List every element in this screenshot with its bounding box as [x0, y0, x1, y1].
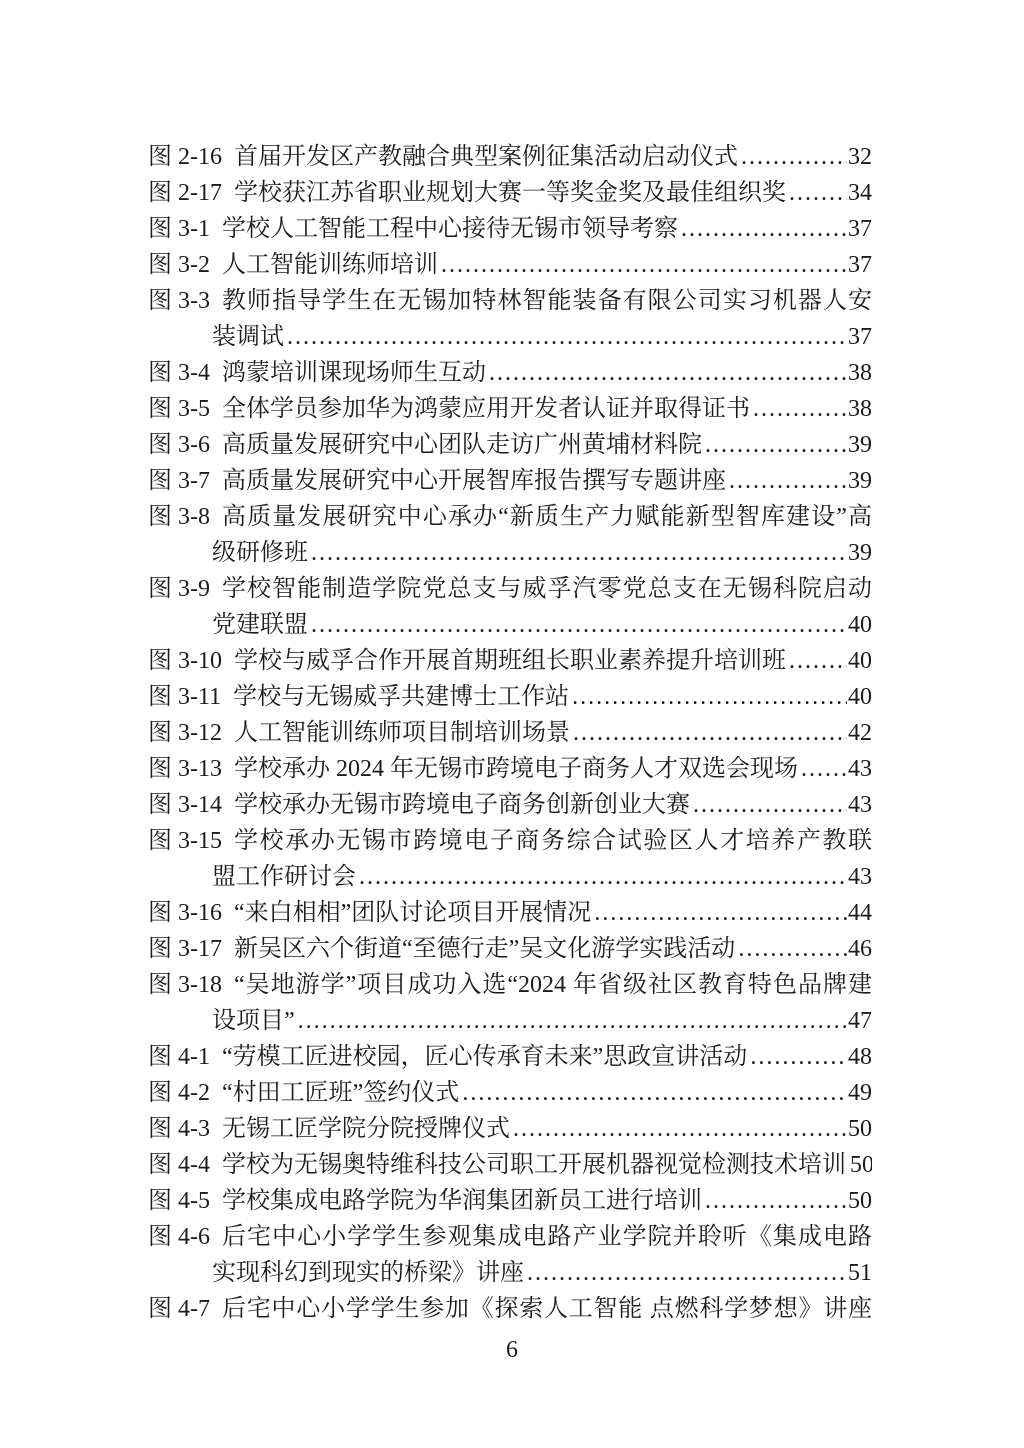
figure-title: 全体学员参加华为鸿蒙应用开发者认证并取得证书 — [222, 391, 750, 427]
dot-leader — [801, 751, 847, 787]
page-number: 40 — [848, 607, 872, 643]
figure-label: 图 4-7 — [148, 1291, 210, 1327]
figure-label: 图 4-6 — [148, 1219, 210, 1255]
toc-entry-line: 图 3-4鸿蒙培训课现场师生互动38 — [148, 355, 872, 391]
page-number: 43 — [848, 751, 872, 787]
page-number: 42 — [848, 715, 872, 751]
toc-entry-line: 图 3-10学校与威孚合作开展首期班组长职业素养提升培训班40 — [148, 643, 872, 679]
figure-label: 图 3-16 — [148, 895, 222, 931]
page-number: 39 — [848, 535, 872, 571]
figure-title: 学校智能制造学院党总支与威孚汽零党总支在无锡科院启动 — [222, 571, 872, 607]
toc-entry-line: 图 3-1学校人工智能工程中心接待无锡市领导考察37 — [148, 211, 872, 247]
toc-entry-line: 图 3-15学校承办无锡市跨境电子商务综合试验区人才培养产教联 — [148, 823, 872, 859]
figure-label: 图 3-17 — [148, 931, 222, 967]
figure-title: 学校获江苏省职业规划大赛一等奖金奖及最佳组织奖 — [234, 175, 786, 211]
page-number: 43 — [848, 787, 872, 823]
toc-entry-line: 图 3-6高质量发展研究中心团队走访广州黄埔材料院39 — [148, 427, 872, 463]
figure-title: 高质量发展研究中心承办“新质生产力赋能新型智库建设”高 — [222, 499, 872, 535]
figure-title: “村田工匠班”签约仪式 — [222, 1075, 459, 1111]
figure-title: 高质量发展研究中心开展智库报告撰写专题讲座 — [222, 463, 726, 499]
page-number: 32 — [848, 139, 872, 175]
figure-title: 装调试 — [212, 319, 284, 355]
toc-entry-line: 图 3-16“来白相相”团队讨论项目开展情况44 — [148, 895, 872, 931]
figure-title: 无锡工匠学院分院授牌仪式 — [222, 1111, 510, 1147]
figure-label: 图 3-3 — [148, 283, 210, 319]
toc-entry-line: 图 4-4学校为无锡奥特维科技公司职工开展机器视觉检测技术培训50 — [148, 1147, 872, 1183]
figure-label: 图 3-14 — [148, 787, 222, 823]
figure-label: 图 3-1 — [148, 211, 210, 247]
figure-title: 设项目” — [212, 1003, 295, 1039]
dot-leader — [311, 607, 847, 643]
figure-title: 学校与威孚合作开展首期班组长职业素养提升培训班 — [234, 643, 786, 679]
dot-leader — [741, 139, 847, 175]
toc-entry-line: 图 4-6后宅中心小学学生参观集成电路产业学院并聆听《集成电路 — [148, 1219, 872, 1255]
dot-leader — [527, 1255, 847, 1291]
dot-leader — [705, 1183, 847, 1219]
figure-label: 图 3-12 — [148, 715, 222, 751]
toc-entry-line: 设项目”47 — [148, 1003, 872, 1039]
toc-entry-line: 图 3-17新吴区六个街道“至德行走”吴文化游学实践活动46 — [148, 931, 872, 967]
toc-entry-line: 图 3-2人工智能训练师培训37 — [148, 247, 872, 283]
dot-leader — [462, 1075, 847, 1111]
page-number: 40 — [848, 679, 872, 715]
page-number: 37 — [848, 211, 872, 247]
figure-label: 图 4-2 — [148, 1075, 210, 1111]
figure-title: 后宅中心小学学生参加《探索人工智能 点燃科学梦想》讲座 — [222, 1291, 872, 1327]
dot-leader — [729, 463, 847, 499]
page-number: 48 — [848, 1039, 872, 1075]
toc-entry-line: 图 3-5全体学员参加华为鸿蒙应用开发者认证并取得证书38 — [148, 391, 872, 427]
figure-title: 学校集成电路学院为华润集团新员工进行培训 — [222, 1183, 702, 1219]
page-number: 44 — [848, 895, 872, 931]
dot-leader — [287, 319, 847, 355]
page-number: 39 — [848, 463, 872, 499]
figure-label: 图 3-4 — [148, 355, 210, 391]
dot-leader — [738, 931, 847, 967]
dot-leader — [298, 1003, 847, 1039]
dot-leader — [705, 427, 847, 463]
dot-leader — [753, 391, 847, 427]
dot-leader — [594, 895, 847, 931]
dot-leader — [573, 715, 847, 751]
figure-title: “吴地游学”项目成功入选“2024 年省级社区教育特色品牌建 — [234, 967, 872, 1003]
toc-entry-line: 图 3-11学校与无锡威孚共建博士工作站40 — [148, 679, 872, 715]
figure-title: 盟工作研讨会 — [212, 859, 356, 895]
toc-entry-line: 图 3-9学校智能制造学院党总支与威孚汽零党总支在无锡科院启动 — [148, 571, 872, 607]
figure-title: 学校承办 2024 年无锡市跨境电子商务人才双选会现场 — [234, 751, 798, 787]
dot-leader — [681, 211, 847, 247]
page-number: 50 — [850, 1147, 872, 1183]
figure-label: 图 3-18 — [148, 967, 222, 1003]
page-number: 39 — [848, 427, 872, 463]
page-number: 46 — [848, 931, 872, 967]
figure-title: 学校与无锡威孚共建博士工作站 — [233, 679, 569, 715]
page-number: 37 — [848, 247, 872, 283]
toc-entry-line: 党建联盟40 — [148, 607, 872, 643]
toc-entry-line: 图 3-13学校承办 2024 年无锡市跨境电子商务人才双选会现场43 — [148, 751, 872, 787]
page-number: 37 — [848, 319, 872, 355]
figure-title: 后宅中心小学学生参观集成电路产业学院并聆听《集成电路 — [222, 1219, 872, 1255]
dot-leader — [789, 175, 847, 211]
figure-label: 图 3-13 — [148, 751, 222, 787]
figure-label: 图 4-1 — [148, 1039, 210, 1075]
figure-title: 学校人工智能工程中心接待无锡市领导考察 — [222, 211, 678, 247]
page-number: 50 — [848, 1183, 872, 1219]
toc-entry-line: 图 4-1“劳模工匠进校园，匠心传承育未来”思政宣讲活动48 — [148, 1039, 872, 1075]
toc-entry-line: 图 3-12人工智能训练师项目制培训场景42 — [148, 715, 872, 751]
toc-entry-line: 盟工作研讨会43 — [148, 859, 872, 895]
figure-title: 党建联盟 — [212, 607, 308, 643]
page-number: 40 — [848, 643, 872, 679]
figure-title: 教师指导学生在无锡加特林智能装备有限公司实习机器人安 — [222, 283, 872, 319]
toc-entry-line: 图 3-18“吴地游学”项目成功入选“2024 年省级社区教育特色品牌建 — [148, 967, 872, 1003]
dot-leader — [572, 679, 847, 715]
toc-entry-line: 装调试37 — [148, 319, 872, 355]
page-number: 50 — [848, 1111, 872, 1147]
toc-entry-line: 图 3-7高质量发展研究中心开展智库报告撰写专题讲座39 — [148, 463, 872, 499]
figure-label: 图 2-16 — [148, 139, 222, 175]
figure-label: 图 4-5 — [148, 1183, 210, 1219]
figure-title: “来白相相”团队讨论项目开展情况 — [234, 895, 591, 931]
dot-leader — [513, 1111, 847, 1147]
figure-title: “劳模工匠进校园，匠心传承育未来”思政宣讲活动 — [222, 1039, 747, 1075]
page-number: 43 — [848, 859, 872, 895]
figure-title: 学校承办无锡市跨境电子商务创新创业大赛 — [234, 787, 690, 823]
toc-entry-line: 图 3-3教师指导学生在无锡加特林智能装备有限公司实习机器人安 — [148, 283, 872, 319]
page-number: 38 — [848, 391, 872, 427]
figure-title: 高质量发展研究中心团队走访广州黄埔材料院 — [222, 427, 702, 463]
toc-entry-line: 图 2-17学校获江苏省职业规划大赛一等奖金奖及最佳组织奖34 — [148, 175, 872, 211]
page-number: 49 — [848, 1075, 872, 1111]
figure-label: 图 3-8 — [148, 499, 210, 535]
page-number: 38 — [848, 355, 872, 391]
figure-title: 实现科幻到现实的桥梁》讲座 — [212, 1255, 524, 1291]
figure-title: 人工智能训练师项目制培训场景 — [234, 715, 570, 751]
figure-title: 级研修班 — [212, 535, 308, 571]
figure-title: 鸿蒙培训课现场师生互动 — [222, 355, 486, 391]
figure-label: 图 3-6 — [148, 427, 210, 463]
dot-leader — [311, 535, 847, 571]
toc-entry-line: 图 3-14学校承办无锡市跨境电子商务创新创业大赛43 — [148, 787, 872, 823]
figure-label: 图 3-9 — [148, 571, 210, 607]
page-number: 34 — [848, 175, 872, 211]
toc-entry-line: 图 4-5学校集成电路学院为华润集团新员工进行培训50 — [148, 1183, 872, 1219]
figure-label: 图 3-5 — [148, 391, 210, 427]
figure-title: 学校为无锡奥特维科技公司职工开展机器视觉检测技术培训 — [222, 1147, 846, 1183]
figure-list: 图 2-16首届开发区产教融合典型案例征集活动启动仪式32图 2-17学校获江苏… — [148, 139, 872, 1327]
toc-entry-line: 实现科幻到现实的桥梁》讲座51 — [148, 1255, 872, 1291]
figure-label: 图 3-2 — [148, 247, 210, 283]
toc-entry-line: 图 3-8高质量发展研究中心承办“新质生产力赋能新型智库建设”高 — [148, 499, 872, 535]
figure-title: 人工智能训练师培训 — [222, 247, 438, 283]
dot-leader — [789, 643, 847, 679]
figure-title: 首届开发区产教融合典型案例征集活动启动仪式 — [234, 139, 738, 175]
toc-entry-line: 级研修班39 — [148, 535, 872, 571]
figure-label: 图 4-3 — [148, 1111, 210, 1147]
page-footer-number: 6 — [0, 1334, 1024, 1366]
page-number: 51 — [848, 1255, 872, 1291]
figure-label: 图 3-10 — [148, 643, 222, 679]
figure-label: 图 3-7 — [148, 463, 210, 499]
toc-entry-line: 图 4-7后宅中心小学学生参加《探索人工智能 点燃科学梦想》讲座 — [148, 1291, 872, 1327]
figure-title: 新吴区六个街道“至德行走”吴文化游学实践活动 — [234, 931, 735, 967]
toc-entry-line: 图 4-2“村田工匠班”签约仪式49 — [148, 1075, 872, 1111]
figure-title: 学校承办无锡市跨境电子商务综合试验区人才培养产教联 — [234, 823, 872, 859]
document-page: 图 2-16首届开发区产教融合典型案例征集活动启动仪式32图 2-17学校获江苏… — [0, 0, 1024, 1448]
figure-label: 图 3-11 — [148, 679, 221, 715]
toc-entry-line: 图 4-3无锡工匠学院分院授牌仪式50 — [148, 1111, 872, 1147]
dot-leader — [750, 1039, 847, 1075]
figure-label: 图 3-15 — [148, 823, 222, 859]
page-number: 47 — [848, 1003, 872, 1039]
dot-leader — [359, 859, 847, 895]
dot-leader — [693, 787, 847, 823]
toc-entry-line: 图 2-16首届开发区产教融合典型案例征集活动启动仪式32 — [148, 139, 872, 175]
figure-label: 图 2-17 — [148, 175, 222, 211]
dot-leader — [489, 355, 847, 391]
dot-leader — [441, 247, 847, 283]
figure-label: 图 4-4 — [148, 1147, 210, 1183]
